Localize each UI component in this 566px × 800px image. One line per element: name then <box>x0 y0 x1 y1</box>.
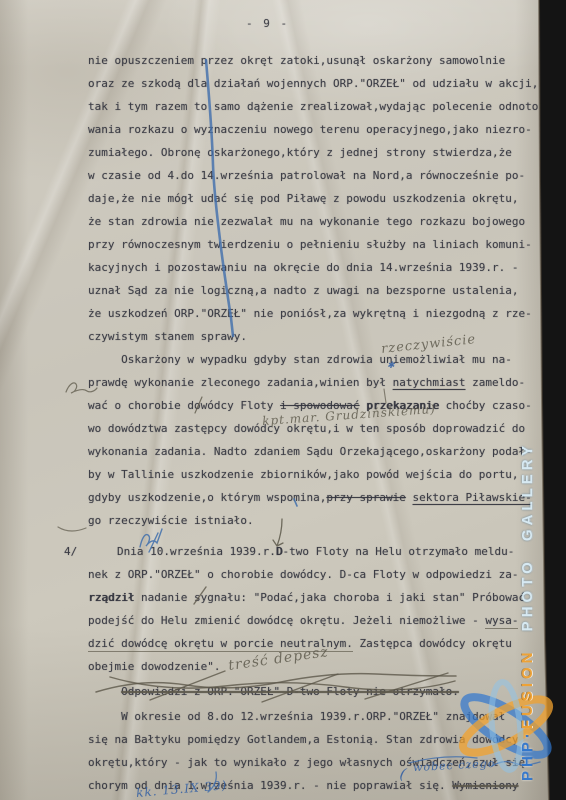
typed-line: się na Bałtyku pomiędzy Gotlandem,a Esto… <box>88 728 566 751</box>
scanned-document-photo: { "page": { "number_label": "- 9 -", "pa… <box>0 0 566 800</box>
typed-segment: -two Floty na Helu otrzymało meldu- <box>283 545 515 558</box>
typed-line: zumiałego. Obronę oskarżonego,który z je… <box>88 141 566 164</box>
typed-segment: nek z ORP."ORZEŁ" o chorobie dowódcy. D-… <box>88 568 518 581</box>
typed-line: nie opuszczeniem przez okręt zatoki,usun… <box>88 49 566 72</box>
typed-segment: tak i tym razem to samo dążenie zrealizo… <box>88 100 545 113</box>
typed-segment: że stan zdrowia nie zezwalał mu na wykon… <box>88 215 525 228</box>
typed-segment <box>406 491 413 504</box>
typed-line: rządził nadanie sygnału: "Podać,jaka cho… <box>88 586 566 609</box>
typed-segment-ul: natychmiast <box>393 376 466 389</box>
typed-segment: się na Bałtyku pomiędzy Gotlandem,a Esto… <box>88 733 518 746</box>
typed-segment: choćby czaso- <box>439 399 532 412</box>
typed-line: że uszkodzeń ORP."ORZEŁ" nie poniósł,za … <box>88 302 566 325</box>
typed-line: uznał Sąd za nie logiczną,a nadto z uwag… <box>88 279 566 302</box>
typed-segment: by w Tallinie uszkodzenie zbiorników,jak… <box>88 468 518 481</box>
typed-line: prawdę wykonanie zleconego zadania,winie… <box>88 371 566 394</box>
typed-segment: że uszkodzeń ORP."ORZEŁ" nie poniósł,za … <box>88 307 532 320</box>
typed-line: Odpowiedzi z ORP."ORZEŁ" D-two Floty nie… <box>88 680 566 703</box>
typed-line: wania rozkazu o wyznaczeniu nowego teren… <box>88 118 566 141</box>
typed-segment-st: przy sprawie <box>326 491 405 504</box>
typed-segment: prawdę wykonanie zleconego zadania,winie… <box>88 376 393 389</box>
typed-line: nek z ORP."ORZEŁ" o chorobie dowódcy. D-… <box>88 563 566 586</box>
typed-segment <box>88 685 121 698</box>
typed-line: 4/ Dnia 10.września 1939.r.D-two Floty n… <box>64 540 566 563</box>
typed-segment: wykonania zadania. Nadto zdaniem Sądu Or… <box>88 445 532 458</box>
typed-line: Oskarżony w wypadku gdyby stan zdrowia u… <box>88 348 566 371</box>
typed-line: czywistym stanem sprawy. <box>88 325 566 348</box>
typed-line: podejść do Helu zmienić dowódcę okrętu. … <box>88 609 566 632</box>
typed-segment: przy równoczesnym twierdzeniu o pełnieni… <box>88 238 532 251</box>
watermark-fusion: FUSION <box>519 648 536 729</box>
typed-segment: W okresie od 8.do 12.września 1939.r.ORP… <box>88 710 505 723</box>
typed-segment-stp: Wymieniony <box>452 779 518 792</box>
typed-line: że stan zdrowia nie zezwalał mu na wykon… <box>88 210 566 233</box>
typed-segment: gdyby uszkodzenie,o którym wspomina, <box>88 491 326 504</box>
typed-segment: nadanie sygnału: "Podać,jaka choroba i j… <box>134 591 525 604</box>
typed-segment: podejść do Helu zmienić dowódcę okrętu. … <box>88 614 485 627</box>
typed-line: gdyby uszkodzenie,o którym wspomina,przy… <box>88 486 566 509</box>
typed-segment: Oskarżony w wypadku gdyby stan zdrowia u… <box>88 353 512 366</box>
typed-line: kacyjnych i pozostawaniu na okręcie do d… <box>88 256 566 279</box>
typed-line: by w Tallinie uszkodzenie zbiorników,jak… <box>88 463 566 486</box>
typed-segment: w czasie od 4.do 14.września patrolował … <box>88 169 525 182</box>
typed-segment: czywistym stanem sprawy. <box>88 330 247 343</box>
typed-segment: wania rozkazu o wyznaczeniu nowego teren… <box>88 123 532 136</box>
watermark: PHP·FUSION PHOTO GALLERY <box>519 442 536 781</box>
typed-segment: nie opuszczeniem przez okręt zatoki,usun… <box>88 54 505 67</box>
watermark-php: PHP· <box>519 729 536 781</box>
typed-line: go rzeczywiście istniało. <box>88 509 566 532</box>
typed-line: tak i tym razem to samo dążenie zrealizo… <box>88 95 566 118</box>
typed-segment-b: D <box>276 545 283 558</box>
typed-segment: 4/ Dnia 10.września 1939.r. <box>64 545 276 558</box>
typed-segment: Zastępca dowódcy okrętu <box>353 637 512 650</box>
typed-segment: kacyjnych i pozostawaniu na okręcie do d… <box>88 261 518 274</box>
typed-segment: obejmie dowodzenie". <box>88 660 220 673</box>
typed-segment: daje,że nie mógł udać się pod Piławę z p… <box>88 192 518 205</box>
typed-line: wykonania zadania. Nadto zdaniem Sądu Or… <box>88 440 566 463</box>
typed-segment: uznał Sąd za nie logiczną,a nadto z uwag… <box>88 284 518 297</box>
typed-segment-ul: sektora Piławskie- <box>413 491 532 504</box>
typed-segment: zumiałego. Obronę oskarżonego,który z je… <box>88 146 512 159</box>
typed-line: w czasie od 4.do 14.września patrolował … <box>88 164 566 187</box>
typed-line: daje,że nie mógł udać się pod Piławę z p… <box>88 187 566 210</box>
photo-of-document: - 9 - nie opuszczeniem przez okręt zatok… <box>0 0 566 800</box>
typed-line: W okresie od 8.do 12.września 1939.r.ORP… <box>88 705 566 728</box>
typed-segment-ulp: wysa- <box>485 614 518 629</box>
typed-segment-stp: Odpowiedzi z ORP."ORZEŁ" D-two Floty nie… <box>121 685 459 698</box>
watermark-gallery: PHOTO GALLERY <box>519 442 536 649</box>
typed-segment-b: rządził <box>88 591 134 604</box>
typed-segment: zameldo- <box>466 376 526 389</box>
typed-segment: go rzeczywiście istniało. <box>88 514 254 527</box>
typed-segment: wać o chorobie dowódcy Floty <box>88 399 280 412</box>
typewriter-text: nie opuszczeniem przez okręt zatoki,usun… <box>0 0 566 797</box>
handwritten-annotation: ✱ <box>387 361 396 371</box>
typed-line: przy równoczesnym twierdzeniu o pełnieni… <box>88 233 566 256</box>
typed-line: oraz ze szkodą dla działań wojennych ORP… <box>88 72 566 95</box>
typed-segment: oraz ze szkodą dla działań wojennych ORP… <box>88 77 538 90</box>
